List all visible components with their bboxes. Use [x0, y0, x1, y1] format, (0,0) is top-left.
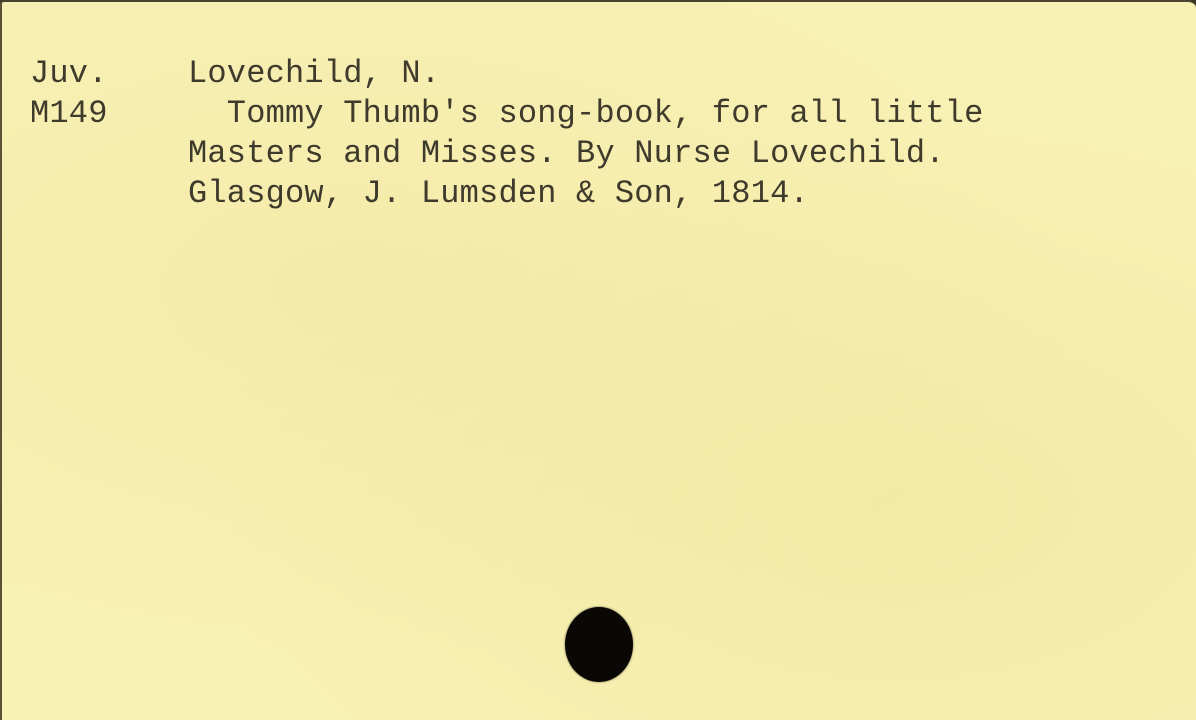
imprint-line: Glasgow, J. Lumsden & Son, 1814. [188, 174, 809, 214]
author-heading: Lovechild, N. [188, 54, 440, 94]
punch-hole [565, 607, 633, 682]
call-number-line-2: M149 [30, 94, 108, 134]
call-number-line-1: Juv. [30, 54, 108, 94]
title-line-2: Masters and Misses. By Nurse Lovechild. [188, 134, 945, 174]
catalog-card: Juv. M149 Lovechild, N. Tommy Thumb's so… [0, 0, 1196, 720]
title-line-1: Tommy Thumb's song-book, for all little [188, 94, 984, 134]
